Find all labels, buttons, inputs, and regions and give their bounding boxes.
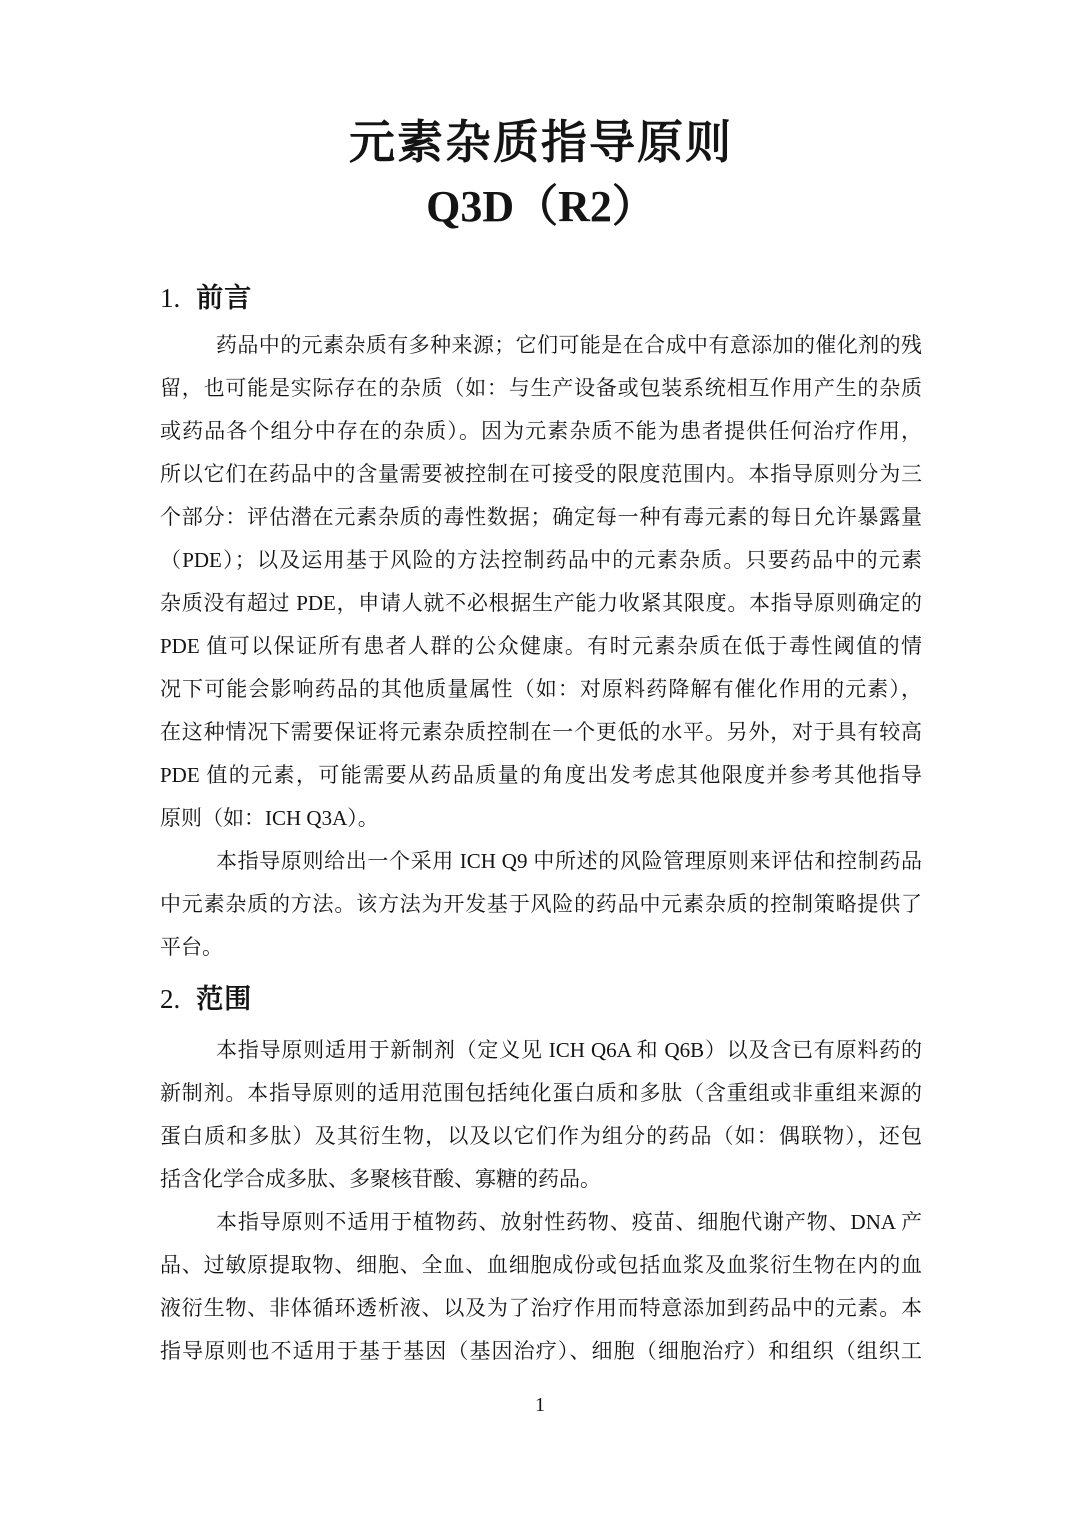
document-subtitle: Q3D（R2）: [160, 178, 922, 236]
document-title: 元素杂质指导原则: [160, 112, 922, 174]
body-line: 品、过敏原提取物、细胞、全血、血细胞成份或包括血浆及血浆衍生物在内的血: [160, 1244, 922, 1287]
body-line: 本指导原则适用于新制剂（定义见 ICH Q6A 和 Q6B）以及含已有原料药的: [160, 1029, 922, 1072]
section-2-title: 范围: [196, 984, 252, 1014]
body-line: 或药品各个组分中存在的杂质）。因为元素杂质不能为患者提供任何治疗作用，: [160, 410, 922, 453]
body-line: 本指导原则给出一个采用 ICH Q9 中所述的风险管理原则来评估和控制药品: [160, 840, 922, 883]
body-line: 所以它们在药品中的含量需要被控制在可接受的限度范围内。本指导原则分为三: [160, 453, 922, 496]
body-line: 平台。: [160, 926, 922, 969]
section-2-heading: 2.范围: [160, 981, 922, 1017]
body-line: 中元素杂质的方法。该方法为开发基于风险的药品中元素杂质的控制策略提供了: [160, 883, 922, 926]
body-line: 原则（如：ICH Q3A）。: [160, 797, 922, 840]
body-line: PDE 值可以保证所有患者人群的公众健康。有时元素杂质在低于毒性阈值的情: [160, 625, 922, 668]
section-1-heading: 1.前言: [160, 280, 922, 316]
section-2-number: 2.: [160, 984, 180, 1014]
document-page: 元素杂质指导原则 Q3D（R2） 1.前言 药品中的元素杂质有多种来源；它们可能…: [0, 0, 1080, 1527]
body-line: 液衍生物、非体循环透析液、以及为了治疗作用而特意添加到药品中的元素。本: [160, 1287, 922, 1330]
page-number: 1: [0, 1392, 1080, 1418]
section-1-title: 前言: [196, 283, 252, 313]
section-1-paragraph-2: 本指导原则给出一个采用 ICH Q9 中所述的风险管理原则来评估和控制药品 中元…: [160, 840, 922, 969]
body-line: PDE 值的元素，可能需要从药品质量的角度出发考虑其他限度并参考其他指导: [160, 754, 922, 797]
body-line: 药品中的元素杂质有多种来源；它们可能是在合成中有意添加的催化剂的残: [160, 324, 922, 367]
body-line: （PDE）；以及运用基于风险的方法控制药品中的元素杂质。只要药品中的元素: [160, 539, 922, 582]
section-2-paragraph-1: 本指导原则适用于新制剂（定义见 ICH Q6A 和 Q6B）以及含已有原料药的 …: [160, 1029, 922, 1201]
body-line: 蛋白质和多肽）及其衍生物，以及以它们作为组分的药品（如：偶联物），还包: [160, 1115, 922, 1158]
body-line: 况下可能会影响药品的其他质量属性（如：对原料药降解有催化作用的元素），: [160, 668, 922, 711]
body-line: 新制剂。本指导原则的适用范围包括纯化蛋白质和多肽（含重组或非重组来源的: [160, 1072, 922, 1115]
section-1-number: 1.: [160, 283, 180, 313]
section-1-paragraph-1: 药品中的元素杂质有多种来源；它们可能是在合成中有意添加的催化剂的残 留，也可能是…: [160, 324, 922, 840]
body-line: 留，也可能是实际存在的杂质（如：与生产设备或包装系统相互作用产生的杂质: [160, 367, 922, 410]
document-content: 元素杂质指导原则 Q3D（R2） 1.前言 药品中的元素杂质有多种来源；它们可能…: [160, 0, 922, 1373]
body-line: 指导原则也不适用于基于基因（基因治疗）、细胞（细胞治疗）和组织（组织工: [160, 1330, 922, 1373]
body-line: 在这种情况下需要保证将元素杂质控制在一个更低的水平。另外，对于具有较高: [160, 711, 922, 754]
body-line: 个部分：评估潜在元素杂质的毒性数据；确定每一种有毒元素的每日允许暴露量: [160, 496, 922, 539]
section-2-paragraph-2: 本指导原则不适用于植物药、放射性药物、疫苗、细胞代谢产物、DNA 产 品、过敏原…: [160, 1201, 922, 1373]
body-line: 杂质没有超过 PDE，申请人就不必根据生产能力收紧其限度。本指导原则确定的: [160, 582, 922, 625]
body-line: 括含化学合成多肽、多聚核苷酸、寡糖的药品。: [160, 1158, 922, 1201]
body-line: 本指导原则不适用于植物药、放射性药物、疫苗、细胞代谢产物、DNA 产: [160, 1201, 922, 1244]
